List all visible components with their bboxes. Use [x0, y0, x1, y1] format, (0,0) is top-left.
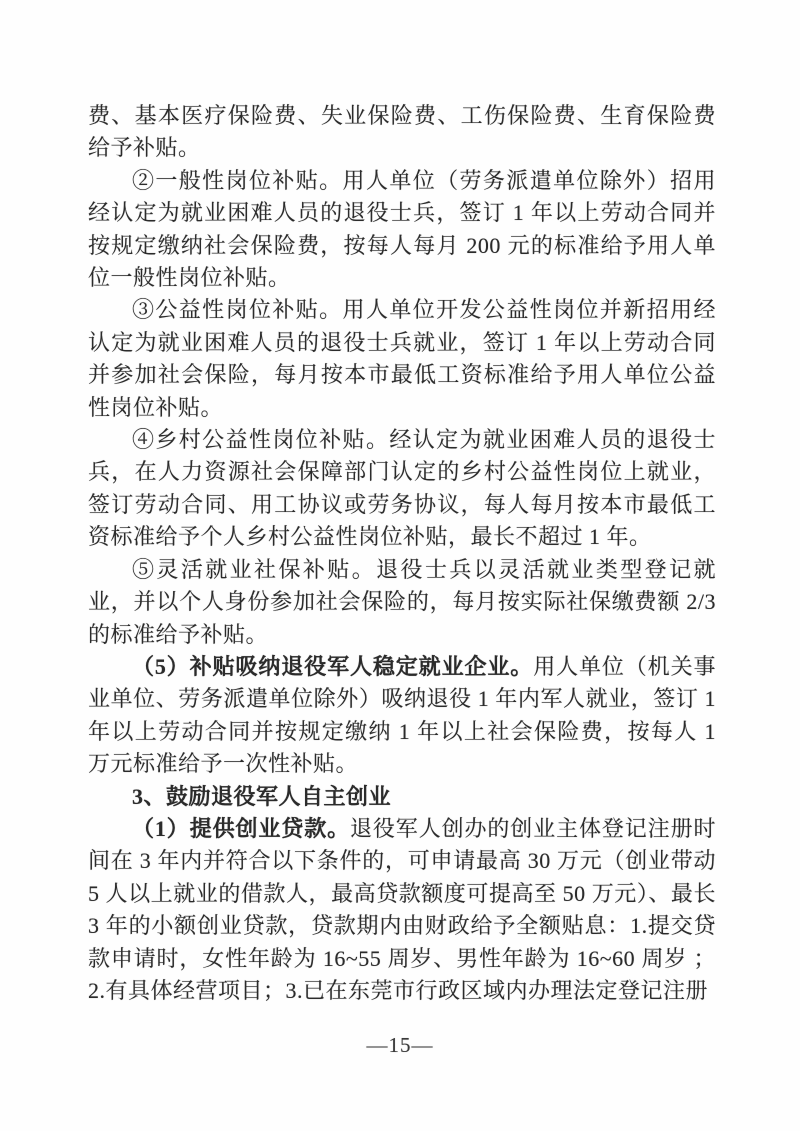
paragraph-subsidy-enterprise: （5）补贴吸纳退役军人稳定就业企业。用人单位（机关事业单位、劳务派遣单位除外）吸… — [88, 651, 716, 781]
paragraph-startup-loan: （1）提供创业贷款。退役军人创办的创业主体登记注册时间在 3 年内并符合以下条件… — [88, 813, 716, 1007]
paragraph-text: ⑤灵活就业社保补贴。退役士兵以灵活就业类型登记就业，并以个人身份参加社会保险的，… — [88, 557, 716, 647]
paragraph-text: ④乡村公益性岗位补贴。经认定为就业困难人员的退役士兵，在人力资源社会保障部门认定… — [88, 427, 716, 549]
document-page: 费、基本医疗保险费、失业保险费、工伤保险费、生育保险费给予补贴。 ②一般性岗位补… — [0, 0, 800, 1131]
page-number: —15— — [0, 1033, 800, 1058]
section-heading-text: 3、鼓励退役军人自主创业 — [132, 784, 391, 809]
paragraph-item-2: ②一般性岗位补贴。用人单位（劳务派遣单位除外）招用经认定为就业困难人员的退役士兵… — [88, 165, 716, 295]
paragraph-text: ③公益性岗位补贴。用人单位开发公益性岗位并新招用经认定为就业困难人员的退役士兵就… — [88, 297, 716, 419]
page-number-label: —15— — [367, 1033, 434, 1057]
paragraph-bold-lead: （1）提供创业贷款。 — [132, 816, 350, 841]
paragraph-text: ②一般性岗位补贴。用人单位（劳务派遣单位除外）招用经认定为就业困难人员的退役士兵… — [88, 168, 716, 290]
paragraph-item-3: ③公益性岗位补贴。用人单位开发公益性岗位并新招用经认定为就业困难人员的退役士兵就… — [88, 294, 716, 424]
document-body: 费、基本医疗保险费、失业保险费、工伤保险费、生育保险费给予补贴。 ②一般性岗位补… — [88, 100, 716, 1007]
paragraph-item-5: ⑤灵活就业社保补贴。退役士兵以灵活就业类型登记就业，并以个人身份参加社会保险的，… — [88, 554, 716, 651]
paragraph-continuation: 费、基本医疗保险费、失业保险费、工伤保险费、生育保险费给予补贴。 — [88, 100, 716, 165]
section-heading-3: 3、鼓励退役军人自主创业 — [88, 781, 716, 813]
paragraph-bold-lead: （5）补贴吸纳退役军人稳定就业企业。 — [132, 654, 533, 679]
paragraph-item-4: ④乡村公益性岗位补贴。经认定为就业困难人员的退役士兵，在人力资源社会保障部门认定… — [88, 424, 716, 554]
paragraph-text: 费、基本医疗保险费、失业保险费、工伤保险费、生育保险费给予补贴。 — [88, 103, 716, 160]
paragraph-text: 退役军人创办的创业主体登记注册时间在 3 年内并符合以下条件的，可申请最高 30… — [88, 816, 716, 1003]
